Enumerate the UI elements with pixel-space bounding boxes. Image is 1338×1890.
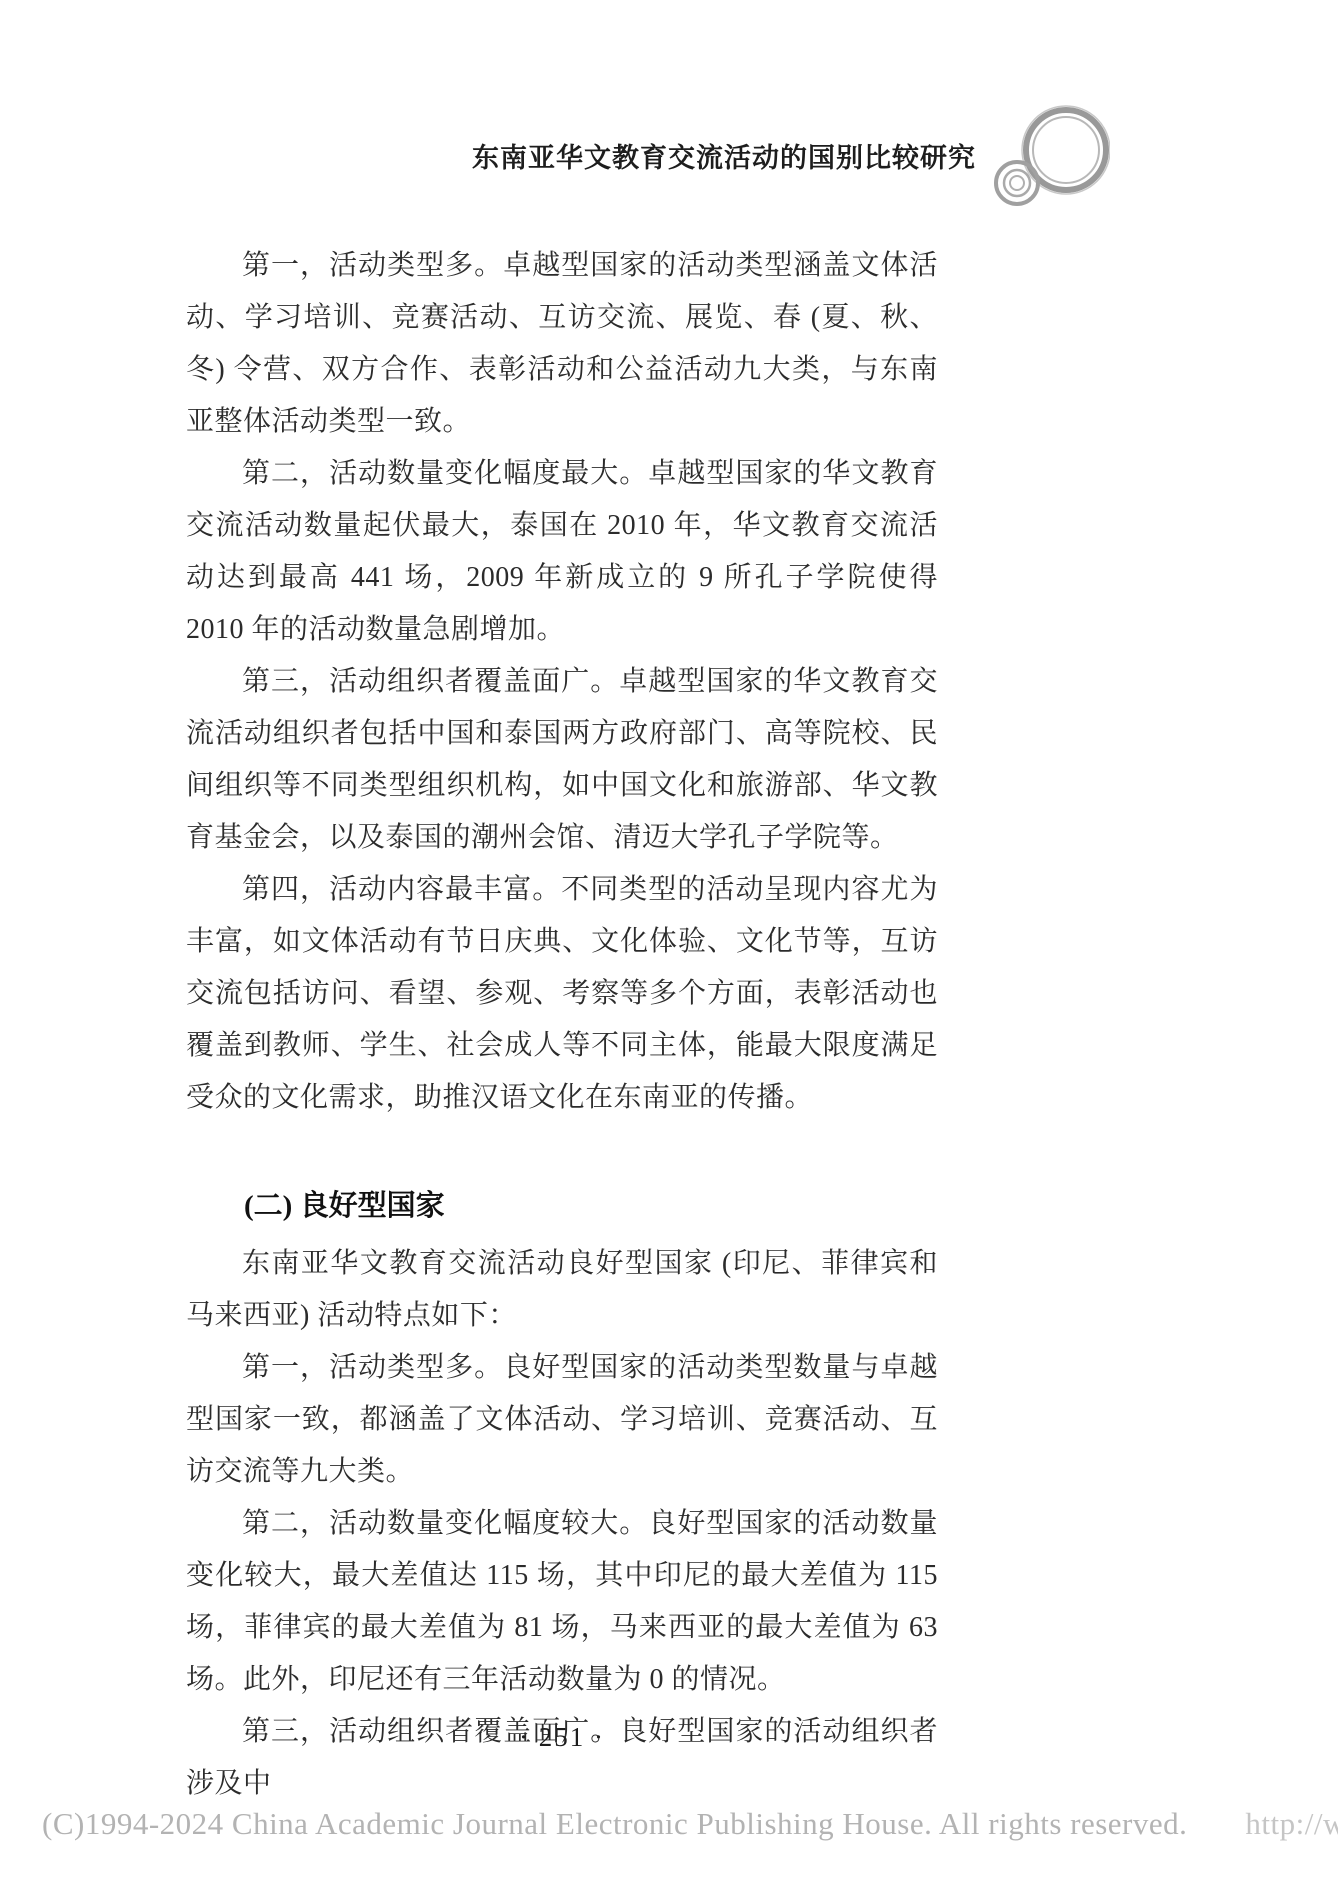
section-heading-good-type-countries: (二) 良好型国家 — [186, 1180, 938, 1232]
copyright-text: (C)1994-2024 China Academic Journal Elec… — [42, 1806, 1187, 1841]
copyright-url: http://www.cnki — [1245, 1806, 1338, 1841]
copyright-line: (C)1994-2024 China Academic Journal Elec… — [42, 1806, 1338, 1842]
paragraph-excellent-4: 第四，活动内容最丰富。不同类型的活动呈现内容尤为丰富，如文体活动有节日庆典、文化… — [186, 864, 938, 1124]
running-head-title: 东南亚华文教育交流活动的国别比较研究 — [472, 136, 976, 175]
page-number: · 251 · — [186, 1722, 938, 1753]
paragraph-excellent-2: 第二，活动数量变化幅度最大。卓越型国家的华文教育交流活动数量起伏最大，泰国在 2… — [186, 448, 938, 656]
page-body: 第一，活动类型多。卓越型国家的活动类型涵盖文体活动、学习培训、竞赛活动、互访交流… — [186, 240, 938, 1810]
page-header: 东南亚华文教育交流活动的国别比较研究 — [0, 100, 1338, 210]
paragraph-excellent-1: 第一，活动类型多。卓越型国家的活动类型涵盖文体活动、学习培训、竞赛活动、互访交流… — [186, 240, 938, 448]
paragraph-good-intro: 东南亚华文教育交流活动良好型国家 (印尼、菲律宾和马来西亚) 活动特点如下： — [186, 1238, 938, 1342]
paragraph-good-1: 第一，活动类型多。良好型国家的活动类型数量与卓越型国家一致，都涵盖了文体活动、学… — [186, 1342, 938, 1498]
paragraph-excellent-3: 第三，活动组织者覆盖面广。卓越型国家的华文教育交流活动组织者包括中国和泰国两方政… — [186, 656, 938, 864]
document-page: 东南亚华文教育交流活动的国别比较研究 第一，活动类型多。卓越型国家的活动类型涵盖… — [0, 0, 1338, 1890]
paragraph-good-2: 第二，活动数量变化幅度较大。良好型国家的活动数量变化较大，最大差值达 115 场… — [186, 1498, 938, 1706]
rings-logo-icon — [992, 100, 1110, 210]
